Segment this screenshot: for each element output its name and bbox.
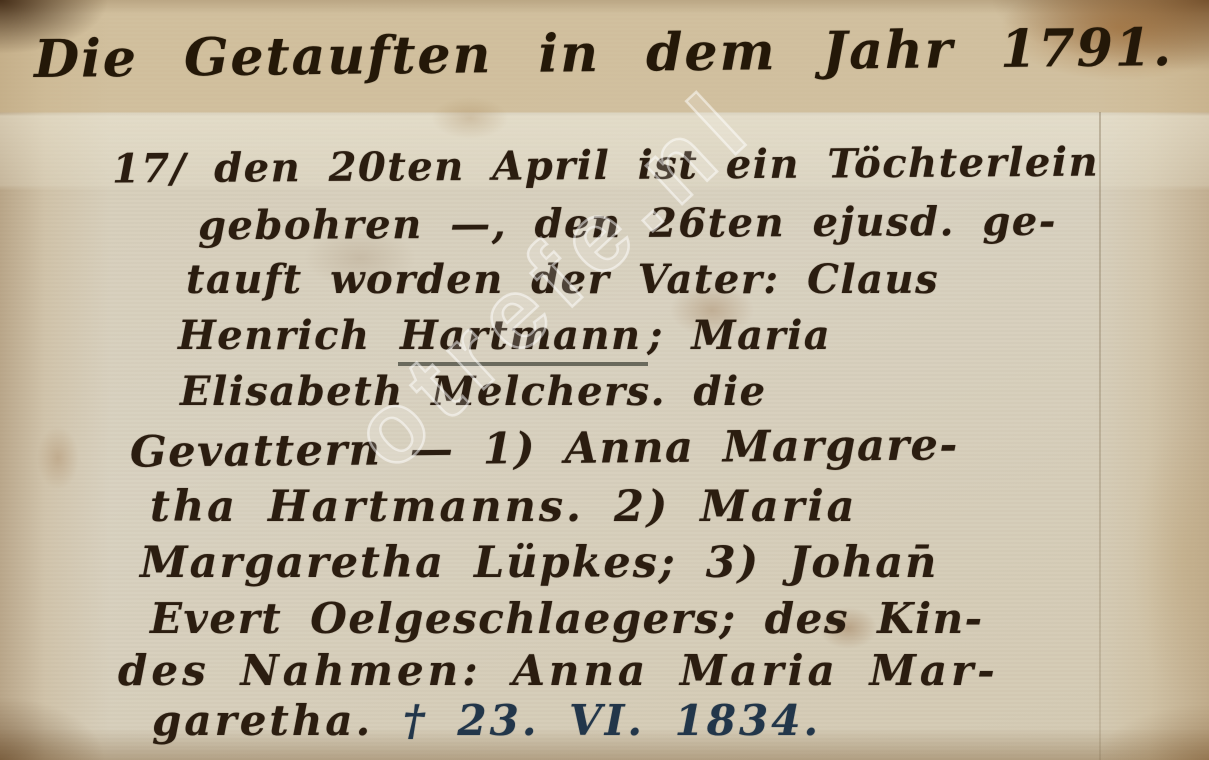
entry-line-9: Evert Oelgeschlaegers; des Kin-: [150, 598, 984, 640]
page-fold-line: [1099, 112, 1101, 760]
death-date-annotation: † 23. VI. 1834.: [403, 696, 821, 745]
father-surname-underlined: Hartmann: [398, 312, 648, 366]
register-photo: Die Getauften in dem Jahr 1791. 17/ den …: [0, 0, 1209, 760]
father-forename: Henrich: [178, 312, 398, 359]
entry-line-10: des Nahmen: Anna Maria Mar-: [118, 650, 999, 692]
mother-forename-start: ; Maria: [648, 312, 832, 359]
page-title: Die Getauften in dem Jahr 1791.: [34, 22, 1174, 86]
entry-line-7: tha Hartmanns. 2) Maria: [150, 486, 858, 529]
entry-line-6: Gevattern — 1) Anna Margare-: [130, 424, 959, 474]
entry-line-3: tauft worden der Vater: Claus: [186, 260, 939, 300]
entry-line-5: Elisabeth Melchers. die: [180, 372, 767, 412]
child-name-end: garetha.: [152, 696, 403, 745]
entry-line-2: gebohren —, den 26ten ejusd. ge-: [198, 202, 1057, 246]
entry-line-1: 17/ den 20ten April ist ein Töchterlein: [112, 143, 1099, 190]
entry-line-11: garetha. † 23. VI. 1834.: [152, 700, 821, 742]
entry-line-4: Henrich Hartmann; Maria: [178, 316, 831, 356]
entry-line-8: Margaretha Lüpkes; 3) Johan̄: [140, 542, 938, 585]
